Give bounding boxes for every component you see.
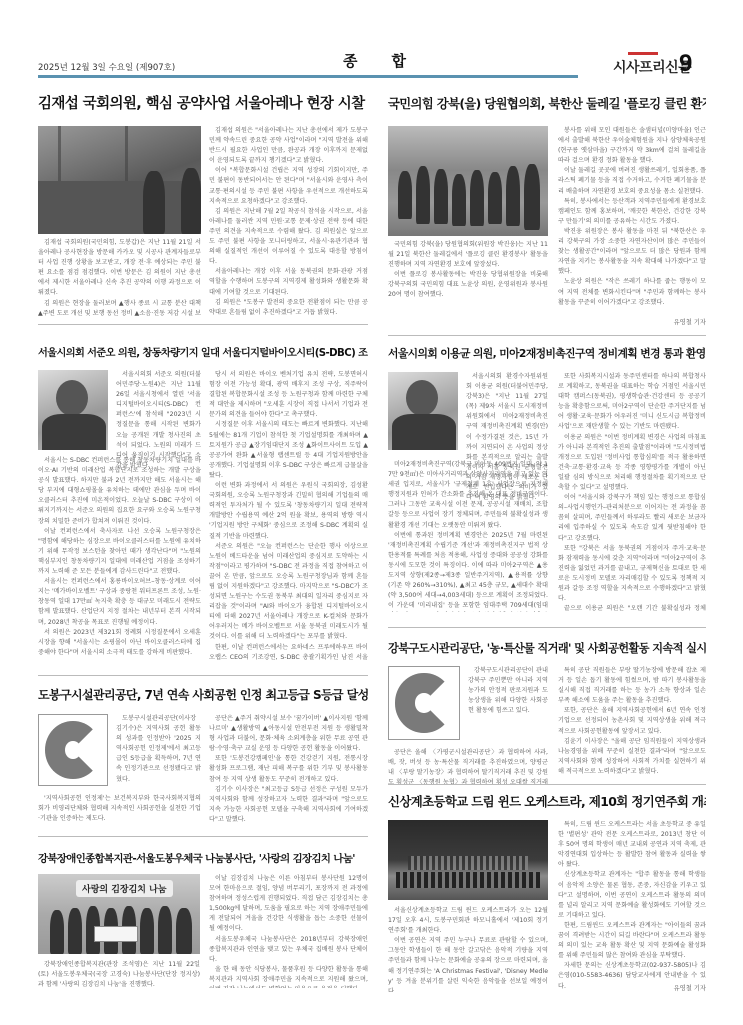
article-paragraph: 김 의원은 지난해 7월 2일 착공식 참석을 시작으로, 서울아레나를 둘러싼… bbox=[209, 207, 368, 268]
article-paragraph: 서울시는 컨퍼런스에서 홍릉바이오허브–창동·상계로 이어지는 '메가바이오벨트… bbox=[38, 577, 201, 627]
article-paragraph: 김 의원은 "도봉구 발전의 중요한 전환점이 되는 만큼 공약대로 흔들림 없… bbox=[209, 298, 368, 317]
article-divider bbox=[388, 627, 706, 628]
volunteers-group-photo bbox=[388, 126, 548, 236]
article-paragraph: 또한 사회복지시설과 동주민센터를 하나의 복합청사로 계획하고, 동북권을 대… bbox=[558, 372, 706, 433]
social-contribution-badge bbox=[388, 666, 460, 740]
article-headline[interactable]: 서울시의회 이용균 의원, 미아2재정비촉진구역 정비계획 변경 통과 환영! bbox=[388, 346, 706, 361]
article-paragraph: 김윤기 이사장은 "올해 공단 임직원들이 지역상생과 나눔경영을 위해 꾸준히… bbox=[558, 737, 706, 777]
article-paragraph: 이런 변화 과정에서 서 의원은 우원식 국회의장, 김성환 국회의원, 오승록… bbox=[209, 481, 368, 542]
article-paragraph: 도봉구시설관리공단(이사장 김기수)은 지역사회 공헌 활동의 성과를 인정받아… bbox=[116, 714, 201, 785]
article-paragraph: 이어 "복합문화시설 건립은 지역 성장의 기회이지만, 주민 불편이 동반되어… bbox=[209, 166, 368, 206]
article-paragraph: 서 의원은 2023년 제321회 정례회 시정질문에서 오세훈 시장을 향해 … bbox=[38, 628, 201, 658]
event-banner: 사랑의 김장김치 나눔 bbox=[76, 880, 173, 897]
issue-date: 2025년 12월 3일 수요일 (제907호) bbox=[38, 61, 175, 73]
article-paragraph: 봉사를 위해 모인 대원들은 솔샘터널(미양마을) 인근에서 출발해 북한산 우… bbox=[558, 126, 706, 166]
article-paragraph: 시정질문 이후 서울시의 태도는 빠르게 변화했다. 지난해 5월에는 81개 … bbox=[209, 420, 368, 481]
article-paragraph: 이날 둘레길 곳곳에 버려진 생활쓰레기, 일회용품, 플라스틱 폐기물 등을 … bbox=[558, 166, 706, 196]
article-paragraph: 서울시는 S-DBC 컨퍼런스를 통해 창동차량기지 일대를 바이오·AI 기반… bbox=[38, 456, 201, 527]
article-paragraph: 이번 공연은 지역 주민 누구나 무료로 관람할 수 있으며, 그동안 학생들이… bbox=[388, 936, 548, 992]
article-paragraph: 올 한 해 동안 식당봉사, 물품후원 등 다양한 활동을 통해 복지관과 지역… bbox=[209, 965, 368, 988]
article-paragraph: 끝으로 이용균 의원은 "오랜 기간 불확실성과 정체 속에서도 흔들리지 않고… bbox=[558, 604, 706, 612]
page-number: 9 bbox=[679, 50, 692, 78]
article-paragraph: 이날 김장김치 나눔은 이른 아침부터 봉사단원 12명이 모여 한마음으로 절… bbox=[209, 874, 368, 935]
article-divider bbox=[388, 335, 706, 336]
article-paragraph: 김 의원은 현장을 둘러보며 ▲행사 종료 시 교통 분산 대책 ▲주변 도로 … bbox=[38, 299, 201, 317]
reporter-byline: 유영철 기자 bbox=[674, 983, 706, 992]
article-paragraph: 이번 플로깅 봉사활동에는 박진웅 당협위원장을 비롯해 강북구의회 국민의힘 … bbox=[388, 270, 548, 300]
article-paragraph: 김재섭 의원은 "서울아레나는 지난 총선에서 제가 도봉구민께 약속드린 중요… bbox=[209, 126, 368, 166]
article-paragraph: 서준오 의원은 "오늘 컨퍼런스는 단순한 행사 이상으로 노원이 베드타운을 … bbox=[209, 542, 368, 643]
logo-tagline bbox=[628, 52, 658, 55]
orchestra-concert-photo bbox=[388, 820, 548, 900]
article-plogging: 국민의힘 강북(을) 당원협의회, 북한산 둘레길 '플로깅 클린 환경봉사' … bbox=[388, 92, 706, 327]
article-gangbuk-facilities: 강북구도시관리공단, '농·특산물 직거래' 및 사회공헌활동 지속적 실시 강… bbox=[388, 636, 706, 786]
article-paragraph: '지역사회공헌 인정제'는 보건복지부와 한국사회복지협의회가 비영리단체와 협… bbox=[38, 794, 201, 824]
page-header: 2025년 12월 3일 수요일 (제907호) 종합 시사프리신문 9 bbox=[38, 44, 703, 74]
article-headline[interactable]: 도봉구시설관리공단, 7년 연속 사회공헌 인정 최고등급 S등급 달성 bbox=[38, 686, 368, 703]
construction-site-photo bbox=[38, 126, 201, 234]
article-paragraph: 김재섭 국회의원(국민의힘, 도봉갑)은 지난 11월 21일 서울아레나 공사… bbox=[38, 238, 201, 299]
article-paragraph: 또한 '도봉건강캠페인'을 통한 건강걷기 지원, 전통시장 활성화 프로그램,… bbox=[209, 754, 368, 784]
article-headline[interactable]: 서울시의회 서준오 의원, 창동차량기지 일대 서울디지털바이오시티(S-DBC… bbox=[38, 344, 368, 359]
article-kimchi-sharing: 강북장애인종합복지관-서울도봉우체국 나눔봉사단, '사랑의 김장김치 나눔' … bbox=[38, 848, 368, 988]
social-contribution-badge bbox=[38, 714, 108, 786]
article-paragraph: 강북장애인종합복지관(관장 조석영)은 지난 11월 22일(토) 서울도봉우체… bbox=[38, 960, 200, 988]
article-paragraph: 이어 "서울시와 강북구가 책임 있는 행정으로 통합심의–사업시행인가–관리처… bbox=[558, 493, 706, 543]
section-title: 종합 bbox=[343, 50, 440, 71]
article-dobong-facilities: 도봉구시설관리공단, 7년 연속 사회공헌 인정 최고등급 S등급 달성 도봉구… bbox=[38, 686, 368, 836]
article-paragraph: 특히, 봉사에서는 등산객과 지역주민들에게 환경보호 캠페인도 함께 홍보하며… bbox=[558, 197, 706, 227]
article-paragraph: 이용균 의원은 "이번 정비계획 변경은 사업의 마침표가 아니라 본격적인 추… bbox=[558, 433, 706, 494]
article-paragraph: 서울도봉우체국 나눔봉사단은 2018년부터 강북장애인종합복지관과 인연을 맺… bbox=[209, 935, 368, 965]
article-seo-junoh: 서울시의회 서준오 의원, 창동차량기지 일대 서울디지털바이오시티(S-DBC… bbox=[38, 340, 368, 660]
article-paragraph: 당시 서 의원은 바이오 벤처기업 유치 전략, 도봉면허시험장 이전 가능성 … bbox=[209, 370, 368, 420]
article-headline[interactable]: 강북구도시관리공단, '농·특산물 직거래' 및 사회공헌활동 지속적 실시 bbox=[388, 640, 706, 656]
article-paragraph: 특히 공단 직원들은 부랑 딸기농장에 방문해 잡초 제거 등 일손 돕기 활동… bbox=[558, 666, 706, 706]
article-paragraph: 또한, 공단은 올해 지역사회공헌에서 6년 연속 인정기업으로 선정되어 농촌… bbox=[558, 706, 706, 736]
article-paragraph: 서울신상계초등학교 드림 윈드 오케스트라가 오는 12월 17일 오후 4시,… bbox=[388, 906, 548, 936]
article-paragraph: 국민의힘 강북(을) 당원협의회(위원장 박진웅)는 지난 11월 21일 북한… bbox=[388, 240, 548, 270]
article-paragraph: 공단은 ▲주거 취약시설 보수 '꿈가이버' ▲이사지원 '함께 나르미' ▲생… bbox=[209, 714, 368, 754]
article-paragraph: 강북구도시관리공단이 관내 강북구 주민뿐만 아니라 지역 농가의 안정적 판로… bbox=[468, 666, 548, 716]
article-divider bbox=[38, 675, 368, 676]
article-paragraph: 서울아레나는 개장 이후 서울 동북권의 문화·관광 거점 역할을 수행하며 도… bbox=[209, 267, 368, 297]
article-headline[interactable]: 강북장애인종합복지관-서울도봉우체국 나눔봉사단, '사랑의 김장김치 나눔' bbox=[38, 850, 355, 865]
article-paragraph: 이번에 통과된 정비계획 변경안은 2025년 7월 마련된 '재정비촉진계획 … bbox=[388, 531, 548, 612]
article-paragraph: 김기수 이사장은 "최고등급 S등급 선정은 구성원 모두가 지역사회와 함께 … bbox=[209, 785, 368, 825]
article-paragraph: 박진웅 위원장은 봉사 활동을 마친 뒤 "북한산은 우리 강북구의 가장 소중… bbox=[558, 227, 706, 277]
kimchi-sharing-group-photo: 사랑의 김장김치 나눔 bbox=[38, 874, 200, 954]
article-orchestra: 신상계초등학교 드림 윈드 오케스트라, 제10회 정기연주회 개최 서울신상계… bbox=[388, 792, 706, 992]
badge-c-icon bbox=[45, 721, 101, 778]
header-rule bbox=[38, 75, 578, 78]
portrait-photo bbox=[38, 370, 108, 450]
article-divider bbox=[388, 784, 706, 785]
article-divider bbox=[38, 836, 368, 837]
article-paragraph: 또한 "강북은 서울 동북권의 거점이자 주거·교육·문화 잠재력을 동시에 갖… bbox=[558, 544, 706, 605]
badge-c-icon bbox=[395, 673, 452, 732]
article-headline[interactable]: 국민의힘 강북(을) 당원협의회, 북한산 둘레길 '플로깅 클린 환경봉사' bbox=[388, 94, 706, 112]
article-divider bbox=[38, 324, 368, 325]
reporter-byline: 유영철 기자 bbox=[674, 317, 706, 326]
portrait-photo bbox=[388, 372, 458, 450]
article-headline[interactable]: 신상계초등학교 드림 윈드 오케스트라, 제10회 정기연주회 개최 bbox=[388, 792, 706, 810]
article-paragraph: 노윤상 의원은 "작은 쓰레기 하나를 줍는 행동이 모여 지역 전체를 변화시… bbox=[558, 277, 706, 307]
article-headline[interactable]: 김재섭 국회의원, 핵심 공약사업 서울아레나 현장 시찰 bbox=[38, 92, 365, 113]
article-paragraph: 이날 컨퍼런스에서 축사자로 나선 오승록 노원구청장은 "명함에 해당하는 심… bbox=[38, 527, 201, 577]
article-paragraph: 한편, 이날 컨퍼런스에서는 요하네스 프루에하우프 바이오랩스 CEO의 기조… bbox=[209, 643, 368, 660]
article-paragraph: 신상계초등학교 관계자는 "합주 활동을 통해 학생들이 음악적 소양은 물론 … bbox=[558, 870, 706, 920]
article-paragraph: 미아2재정비촉진구역(강북구 미아동 409번지 일대, 약 17만 9천㎡)은… bbox=[388, 460, 548, 531]
article-lee-yonggyun: 서울시의회 이용균 의원, 미아2재정비촉진구역 정비계획 변경 통과 환영! … bbox=[388, 342, 706, 612]
article-kim-jaeseop: 김재섭 국회의원, 핵심 공약사업 서울아레나 현장 시찰 김재섭 국회의원(국… bbox=[38, 92, 368, 317]
article-paragraph: 공단은 올해 〈가평군시설관리공단〉과 협력하여 사과, 배, 잣, 버섯 등 … bbox=[388, 748, 548, 786]
article-paragraph: 특히, 드림 윈드 오케스트라는 서울 초등학교 중 유일한 '별편성' 관악 … bbox=[558, 820, 706, 870]
article-paragraph: 한편, 드림윈드 오케스트라 관계자는 "아이들의 꿈과 꿈이 격려받는 시간이… bbox=[558, 921, 706, 961]
